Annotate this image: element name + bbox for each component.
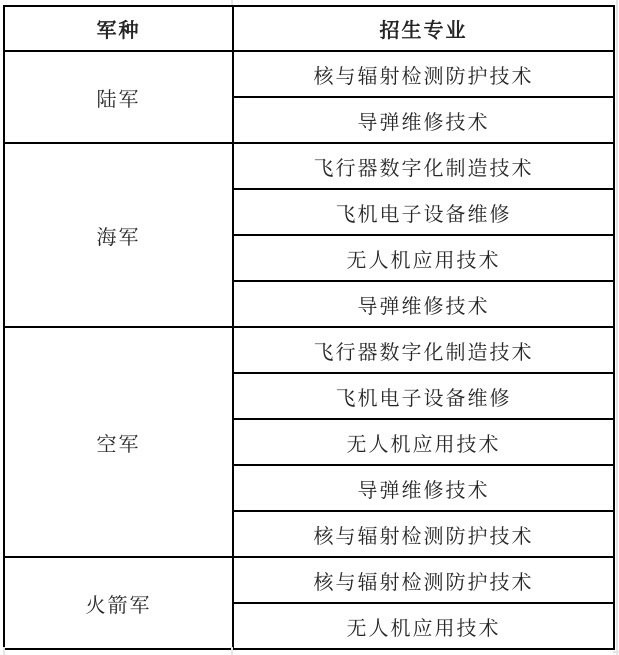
header-majors: 招生专业 xyxy=(233,6,614,51)
branch-cell-army: 陆军 xyxy=(4,51,233,143)
major-cell: 无人机应用技术 xyxy=(233,603,614,649)
major-cell: 导弹维修技术 xyxy=(233,97,614,143)
major-cell: 飞行器数字化制造技术 xyxy=(233,143,614,189)
branch-cell-airforce: 空军 xyxy=(4,327,233,557)
table-row: 陆军 核与辐射检测防护技术 xyxy=(4,51,614,97)
table-header-row: 军种 招生专业 xyxy=(4,6,614,51)
gridline-artifact-top xyxy=(231,0,233,5)
gridline-artifact-right xyxy=(616,0,618,655)
enrollment-majors-table: 军种 招生专业 陆军 核与辐射检测防护技术 导弹维修技术 海军 飞行器数字化制造… xyxy=(3,5,615,650)
gridline-artifact-bottom-right xyxy=(613,651,619,653)
major-cell: 核与辐射检测防护技术 xyxy=(233,511,614,557)
major-cell: 无人机应用技术 xyxy=(233,419,614,465)
major-cell: 飞机电子设备维修 xyxy=(233,373,614,419)
branch-cell-navy: 海军 xyxy=(4,143,233,327)
branch-cell-rocketforce: 火箭军 xyxy=(4,557,233,649)
major-cell: 飞行器数字化制造技术 xyxy=(233,327,614,373)
major-cell: 导弹维修技术 xyxy=(233,465,614,511)
table-row: 海军 飞行器数字化制造技术 xyxy=(4,143,614,189)
table-row: 空军 飞行器数字化制造技术 xyxy=(4,327,614,373)
major-cell: 核与辐射检测防护技术 xyxy=(233,557,614,603)
table-row: 火箭军 核与辐射检测防护技术 xyxy=(4,557,614,603)
major-cell: 核与辐射检测防护技术 xyxy=(233,51,614,97)
header-branch: 军种 xyxy=(4,6,233,51)
gridline-artifact-bottom-mid xyxy=(231,647,233,655)
gridline-artifact-bottom-left xyxy=(3,647,5,655)
major-cell: 导弹维修技术 xyxy=(233,281,614,327)
major-cell: 飞机电子设备维修 xyxy=(233,189,614,235)
major-cell: 无人机应用技术 xyxy=(233,235,614,281)
